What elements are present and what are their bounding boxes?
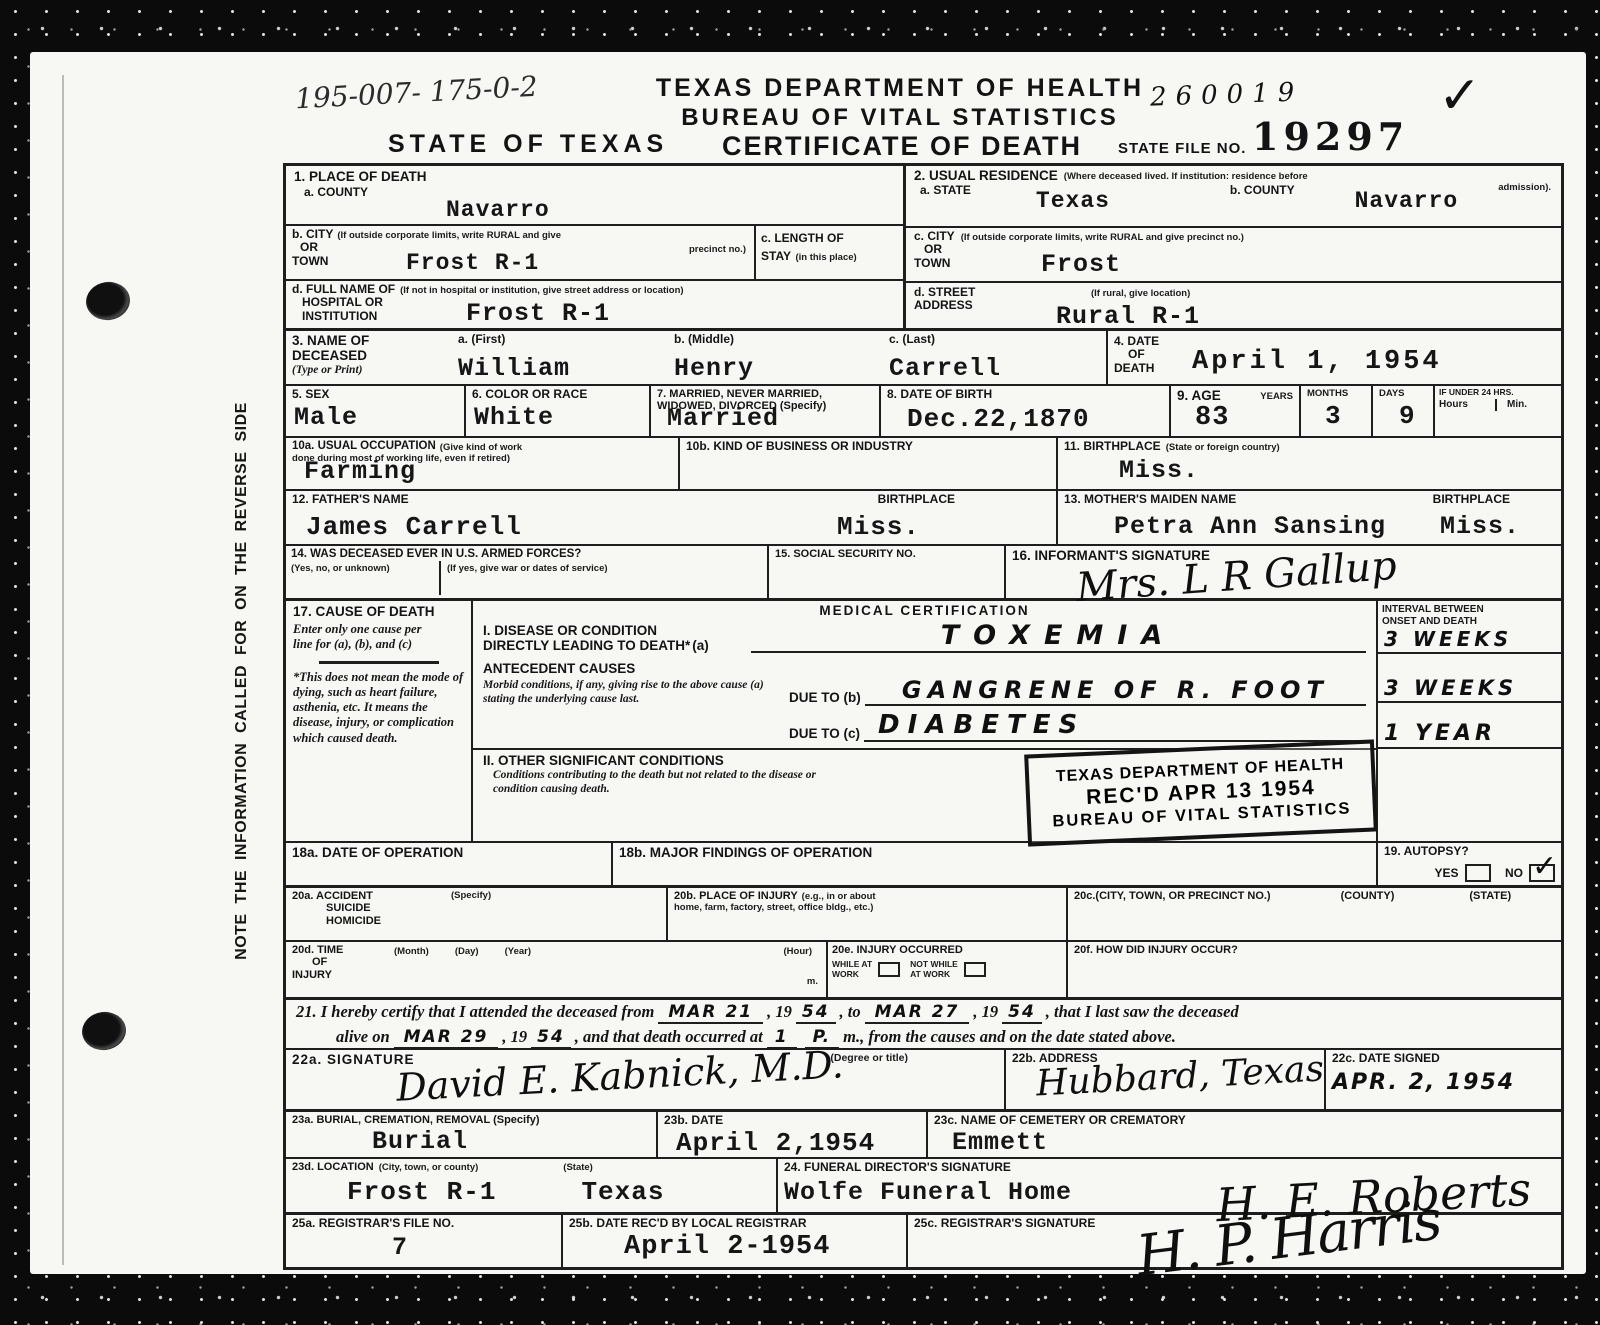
name-fields: a. (First) William b. (Middle) Henry c. …: [454, 331, 1106, 384]
city-label: b. CITY: [292, 228, 333, 241]
field-physician-address: 22b. ADDRESS Hubbard, Texas: [1006, 1050, 1326, 1109]
autopsy-yes-checkbox[interactable]: [1465, 864, 1491, 882]
handwritten-batch-number: 260019: [1150, 77, 1304, 112]
scan-edge-right: [1586, 0, 1600, 1325]
death-hour: 1: [775, 1027, 789, 1047]
attended-from-date: MAR 21: [668, 1002, 753, 1022]
hospital-value: Frost R-1: [466, 301, 610, 326]
field-marital-status: 7. MARRIED, NEVER MARRIED, WIDOWED, DIVO…: [651, 386, 881, 436]
burial-date-value: April 2,1954: [676, 1130, 920, 1156]
cemetery-value: Emmett: [952, 1130, 1555, 1155]
field-under-24hrs: IF UNDER 24 HRS. Hours Min.: [1435, 386, 1561, 436]
residence-city-label: c. CITY: [914, 230, 955, 243]
scan-edge-top: [0, 0, 1600, 52]
received-stamp: TEXAS DEPARTMENT OF HEALTH REC'D APR 13 …: [1024, 739, 1378, 846]
field-cemetery: 23c. NAME OF CEMETERY OR CREMATORY Emmet…: [928, 1112, 1561, 1157]
residence-paren2: admission).: [1498, 182, 1551, 193]
residence-paren1: (Where deceased lived. If institution: r…: [1064, 168, 1308, 183]
field-interval: INTERVAL BETWEEN ONSET AND DEATH 3 WEEKS…: [1378, 601, 1561, 841]
last-name-value: Carrell: [889, 356, 1106, 381]
field-burial-location: 23d. LOCATION (City, town, or county) (S…: [286, 1159, 778, 1212]
age-days-value: 9: [1399, 403, 1427, 429]
street-paren: (If rural, give location): [1091, 288, 1190, 299]
min-label: Min.: [1497, 399, 1527, 411]
city-value: Frost R-1: [406, 252, 539, 275]
row-operation-autopsy: 18a. DATE OF OPERATION 18b. MAJOR FINDIN…: [286, 843, 1561, 888]
field-cause-of-death-notes: 17. CAUSE OF DEATH Enter only one cause …: [286, 601, 473, 841]
marital-value: Married: [667, 406, 873, 431]
field-date-of-operation: 18a. DATE OF OPERATION: [286, 843, 613, 885]
field-place-of-injury: 20b. PLACE OF INJURY (e.g., in or about …: [668, 888, 1068, 940]
autopsy-no-checkmark: ✓: [1532, 849, 1557, 884]
burial-location-state: Texas: [581, 1179, 664, 1205]
row-parents: 12. FATHER'S NAME BIRTHPLACE James Carre…: [286, 491, 1561, 546]
birthplace-value: Miss.: [1119, 458, 1555, 483]
burial-value: Burial: [372, 1129, 650, 1154]
reverse-side-note: NOTE THE INFORMATION CALLED FOR ON THE R…: [233, 327, 251, 1035]
street-label1: d. STREET: [914, 286, 1553, 299]
residence-county-label: b. COUNTY: [1230, 184, 1295, 213]
length-of-stay-label2: STAY: [761, 249, 791, 263]
row-registrar: 25a. REGISTRAR'S FILE NO. 7 25b. DATE RE…: [286, 1215, 1561, 1267]
field-armed-forces: 14. WAS DECEASED EVER IN U.S. ARMED FORC…: [286, 546, 769, 598]
field-age-days: DAYS 9: [1373, 386, 1435, 436]
race-value: White: [474, 405, 643, 430]
interval-c-value: 1 YEAR: [1384, 721, 1496, 746]
field-age-months: MONTHS 3: [1301, 386, 1373, 436]
cause-b-value: GANGRENE OF R. FOOT: [902, 676, 1329, 704]
field-occupation: 10a. USUAL OCCUPATION (Give kind of work…: [286, 438, 680, 489]
mother-birthplace-label: BIRTHPLACE: [1433, 493, 1510, 506]
certificate-title: CERTIFICATE OF DEATH: [722, 131, 1082, 162]
field-informant: 16. INFORMANT'S SIGNATURE Mrs. L R Gallu…: [1006, 546, 1561, 598]
residence-city-value: Frost: [1041, 252, 1121, 277]
city-paren1: (If outside corporate limits, write RURA…: [337, 228, 561, 241]
date-of-death-label1: 4. DATE: [1114, 335, 1192, 348]
hospital-label1: d. FULL NAME OF: [292, 283, 395, 296]
age-months-value: 3: [1325, 403, 1365, 429]
bureau-title: BUREAU OF VITAL STATISTICS: [600, 104, 1200, 132]
field-time-of-injury: 20d. TIME OF INJURY (Month) (Day) (Year)…: [286, 942, 828, 997]
field-color-race: 6. COLOR OR RACE White: [466, 386, 651, 436]
cause-c-value: DIABETES: [878, 710, 1085, 740]
city-paren2: precinct no.): [689, 244, 746, 255]
first-name-value: William: [458, 356, 674, 381]
field-sex: 5. SEX Male: [286, 386, 466, 436]
field-father: 12. FATHER'S NAME BIRTHPLACE James Carre…: [286, 491, 1058, 544]
row-occupation: 10a. USUAL OCCUPATION (Give kind of work…: [286, 438, 1561, 491]
age-years-value: 83: [1195, 405, 1293, 432]
row-certify-statement: 21. I hereby certify that I attended the…: [286, 1000, 1561, 1050]
field-funeral-director: 24. FUNERAL DIRECTOR'S SIGNATURE Wolfe F…: [778, 1159, 1561, 1212]
field-findings-of-operation: 18b. MAJOR FINDINGS OF OPERATION: [613, 843, 1378, 885]
field-date-of-death: 4. DATE OF DEATH April 1, 1954: [1106, 331, 1561, 384]
name-of-deceased-label: 3. NAME OF DECEASED (Type or Print): [286, 331, 454, 384]
mother-birthplace-value: Miss.: [1440, 514, 1520, 539]
row-physician: 22a. SIGNATURE (Degree or title) David E…: [286, 1050, 1561, 1112]
registrar-file-no-value: 7: [392, 1235, 555, 1260]
first-name-label: a. (First): [458, 333, 674, 346]
date-recd-value: April 2-1954: [624, 1234, 900, 1261]
residence-city-paren: (If outside corporate limits, write RURA…: [961, 230, 1244, 243]
row-demographics: 5. SEX Male 6. COLOR OR RACE White 7. MA…: [286, 386, 1561, 438]
field-autopsy: 19. AUTOPSY? YES NO✓: [1378, 843, 1561, 885]
residence-state-label: a. STATE: [920, 184, 971, 213]
paper-fold-line: [62, 75, 64, 1265]
last-name-label: c. (Last): [889, 333, 1106, 346]
row-name-date: 3. NAME OF DECEASED (Type or Print) a. (…: [286, 331, 1561, 386]
county-label: a. COUNTY: [304, 186, 895, 199]
state-file-number: 19297: [1252, 114, 1409, 159]
row-burial: 23a. BURIAL, CREMATION, REMOVAL (Specify…: [286, 1112, 1561, 1159]
father-birthplace-value: Miss.: [837, 514, 920, 540]
field-burial: 23a. BURIAL, CREMATION, REMOVAL (Specify…: [286, 1112, 658, 1157]
hours-label: Hours: [1439, 399, 1497, 411]
sex-value: Male: [294, 405, 458, 430]
street-label2: ADDRESS: [914, 299, 1553, 312]
row-time-of-injury: 20d. TIME OF INJURY (Month) (Day) (Year)…: [286, 942, 1561, 1000]
autopsy-no-checkbox[interactable]: ✓: [1529, 864, 1555, 882]
date-of-death-value: April 1, 1954: [1192, 349, 1442, 382]
date-of-death-label2: OF: [1128, 348, 1192, 361]
length-of-stay-paren: (in this place): [795, 252, 856, 263]
father-name-value: James Carrell: [306, 514, 522, 540]
field-date-recd-local-registrar: 25b. DATE REC'D BY LOCAL REGISTRAR April…: [563, 1215, 908, 1267]
field-how-injury-occurred: 20f. HOW DID INJURY OCCUR?: [1068, 942, 1561, 997]
field-business-industry: 10b. KIND OF BUSINESS OR INDUSTRY: [680, 438, 1058, 489]
field-age-years: 9. AGE YEARS 83: [1171, 386, 1301, 436]
residence-state-value: Texas: [1036, 190, 1110, 213]
length-of-stay-label1: c. LENGTH OF: [761, 231, 844, 245]
field-date-of-birth: 8. DATE OF BIRTH Dec.22,1870: [881, 386, 1171, 436]
middle-name-label: b. (Middle): [674, 333, 889, 346]
cause-a-value: TOXEMIA: [941, 620, 1176, 651]
state-of-texas-title: STATE OF TEXAS: [388, 130, 668, 159]
field-ssn: 15. SOCIAL SECURITY NO.: [769, 546, 1006, 598]
field-accident-suicide-homicide: 20a. ACCIDENT SUICIDE HOMICIDE (Specify): [286, 888, 668, 940]
row-accident: 20a. ACCIDENT SUICIDE HOMICIDE (Specify)…: [286, 888, 1561, 942]
field-registrar-file-no: 25a. REGISTRAR'S FILE NO. 7: [286, 1215, 563, 1267]
field-date-signed: 22c. DATE SIGNED APR. 2, 1954: [1326, 1050, 1561, 1109]
county-value: Navarro: [446, 199, 550, 222]
scanned-death-certificate: NOTE THE INFORMATION CALLED FOR ON THE R…: [0, 0, 1600, 1325]
field-registrar-signature: 25c. REGISTRAR'S SIGNATURE H. P. Harris: [908, 1215, 1561, 1267]
field-injury-location: 20c.(CITY, TOWN, OR PRECINCT NO.) (COUNT…: [1068, 888, 1561, 940]
residence-city-or: OR: [924, 243, 1553, 256]
date-of-death-label3: DEATH: [1114, 362, 1192, 375]
street-value: Rural R-1: [1056, 304, 1200, 329]
not-while-at-work-checkbox[interactable]: [964, 962, 986, 977]
field-usual-residence: 2. USUAL RESIDENCE (Where deceased lived…: [906, 166, 1561, 328]
last-seen-alive-date: MAR 29: [404, 1027, 489, 1047]
while-at-work-checkbox[interactable]: [878, 962, 900, 977]
field-place-of-death: 1. PLACE OF DEATH a. COUNTY Navarro b. C…: [286, 166, 906, 328]
medical-certification-title: MEDICAL CERTIFICATION: [473, 601, 1376, 618]
autopsy-no-label: NO: [1505, 866, 1523, 880]
interval-a-value: 3 WEEKS: [1384, 627, 1512, 651]
row-place-residence: 1. PLACE OF DEATH a. COUNTY Navarro b. C…: [286, 166, 1561, 331]
interval-b-value: 3 WEEKS: [1384, 676, 1517, 700]
state-file-no-label: STATE FILE NO.: [1118, 140, 1246, 157]
burial-location-city: Frost R-1: [347, 1179, 496, 1205]
hospital-paren: (If not in hospital or institution, give…: [400, 283, 683, 296]
check-mark-icon: ✓: [1438, 66, 1482, 126]
certificate-form: 1. PLACE OF DEATH a. COUNTY Navarro b. C…: [283, 163, 1564, 1270]
dob-value: Dec.22,1870: [907, 406, 1163, 432]
date-signed-value: APR. 2, 1954: [1332, 1070, 1555, 1095]
autopsy-yes-label: YES: [1435, 866, 1459, 880]
field-birthplace: 11. BIRTHPLACE (State or foreign country…: [1058, 438, 1561, 489]
field-injury-occurred: 20e. INJURY OCCURRED WHILE AT WORK NOT W…: [828, 942, 1068, 997]
field-mother: 13. MOTHER'S MAIDEN NAME BIRTHPLACE Petr…: [1058, 491, 1561, 544]
residence-city-town: TOWN: [914, 257, 1553, 270]
field-physician-signature: 22a. SIGNATURE (Degree or title) David E…: [286, 1050, 1006, 1109]
place-of-death-title: 1. PLACE OF DEATH: [294, 169, 895, 184]
attended-to-date: MAR 27: [875, 1002, 960, 1022]
mother-name-value: Petra Ann Sansing: [1114, 514, 1386, 539]
father-birthplace-label: BIRTHPLACE: [878, 493, 955, 506]
row-forces-ssn-informant: 14. WAS DECEASED EVER IN U.S. ARMED FORC…: [286, 546, 1561, 601]
residence-county-value: Navarro: [1355, 190, 1459, 213]
residence-title: 2. USUAL RESIDENCE: [914, 168, 1058, 183]
department-title: TEXAS DEPARTMENT OF HEALTH: [600, 74, 1200, 103]
middle-name-value: Henry: [674, 356, 889, 381]
field-burial-date: 23b. DATE April 2,1954: [658, 1112, 928, 1157]
